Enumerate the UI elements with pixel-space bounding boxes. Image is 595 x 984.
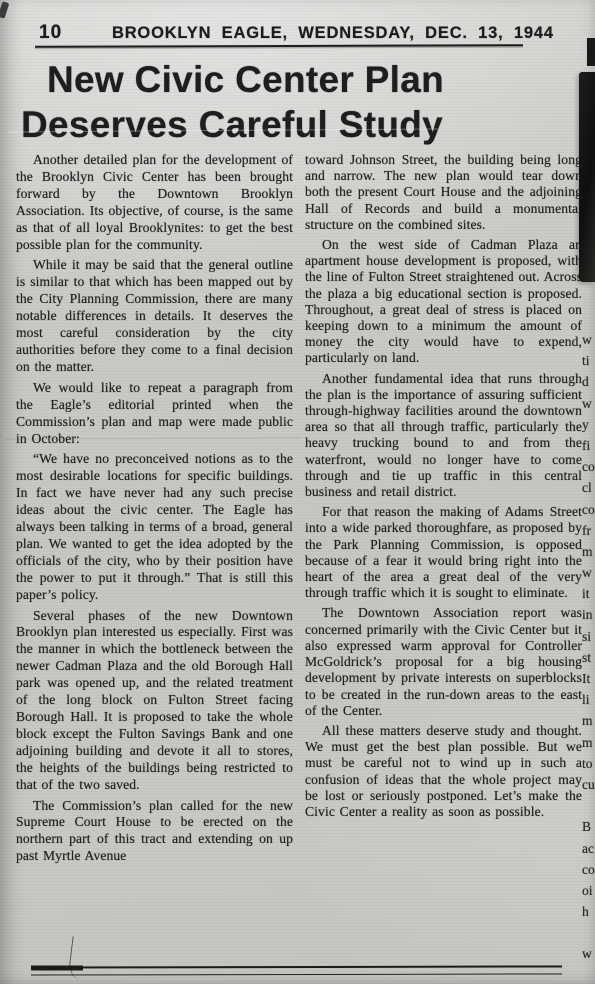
edge-fragment: It [582, 671, 595, 692]
edge-fragment: w [582, 396, 595, 417]
edge-fragment: m [582, 544, 595, 565]
edge-fragment: d [582, 374, 595, 395]
edge-fragment: cu [582, 777, 595, 798]
edge-fragment: li [582, 692, 595, 713]
edge-fragment: ac [582, 841, 595, 862]
paragraph: Another detailed plan for the developmen… [16, 152, 293, 253]
edge-fragment: w [582, 946, 595, 967]
edge-fragment: si [582, 629, 595, 650]
paragraph: “We have no preconceived notions as to t… [16, 451, 293, 603]
paragraph-continuation: toward Johnson Street, the building bein… [305, 152, 582, 233]
edge-fragment: in [582, 607, 595, 628]
edge-fragment: w [582, 565, 595, 586]
paragraph: All these matters deserve study and thou… [305, 723, 582, 820]
ink-smudge-small [587, 38, 595, 66]
edge-fragment: cl [582, 480, 595, 501]
edge-fragment: y [582, 417, 595, 438]
edge-fragment: st [582, 650, 595, 671]
paragraph: Several phases of the new Downtown Brook… [16, 608, 293, 794]
edge-fragment: h [582, 904, 595, 925]
paragraph: On the west side of Cadman Plaza an apar… [305, 237, 582, 367]
edge-fragment: co [582, 459, 595, 480]
edge-fragment: ti [582, 353, 595, 374]
ink-smudge-large [579, 72, 595, 282]
page-number: 10 [39, 22, 62, 44]
edge-fragment: fi [582, 438, 595, 459]
edge-fragment: co [582, 502, 595, 523]
paragraph: For that reason the making of Adams Stre… [305, 504, 582, 601]
edge-fragment: co [582, 862, 595, 883]
edge-fragment [582, 925, 595, 946]
paragraph: Another fundamental idea that runs throu… [305, 371, 582, 501]
edge-fragment [582, 798, 595, 819]
edge-fragment: B [582, 819, 595, 840]
column-left: Another detailed plan for the developmen… [16, 152, 293, 869]
paragraph: The Downtown Association report was conc… [305, 605, 582, 718]
column-right: toward Johnson Street, the building bein… [305, 152, 582, 869]
edge-fragment: oi [582, 883, 595, 904]
paragraph: While it may be said that the general ou… [16, 257, 293, 375]
headline-line-1: New Civic Center Plan [21, 57, 444, 102]
masthead: 10 BROOKLYN EAGLE, WEDNESDAY, DEC. 13, 1… [0, 0, 595, 50]
edge-fragment: to [582, 756, 595, 777]
edge-fragment: fr [582, 523, 595, 544]
bottom-rule [31, 965, 562, 975]
edge-fragment-strip: wtidwyficoclcofrmwitinsistItlimmtocuBacc… [582, 332, 595, 972]
edge-fragment: w [582, 332, 595, 353]
article-body: Another detailed plan for the developmen… [16, 152, 582, 869]
paragraph: The Commission’s plan called for the new… [16, 798, 293, 866]
edge-fragment: it [582, 586, 595, 607]
article-headline: New Civic Center Plan Deserves Careful S… [21, 57, 444, 147]
headline-line-2: Deserves Careful Study [21, 102, 444, 147]
newspaper-page: 10 BROOKLYN EAGLE, WEDNESDAY, DEC. 13, 1… [0, 0, 595, 984]
edge-fragment: m [582, 735, 595, 756]
edge-fragment: m [582, 713, 595, 734]
masthead-title: BROOKLYN EAGLE, WEDNESDAY, DEC. 13, 1944 [112, 24, 554, 43]
